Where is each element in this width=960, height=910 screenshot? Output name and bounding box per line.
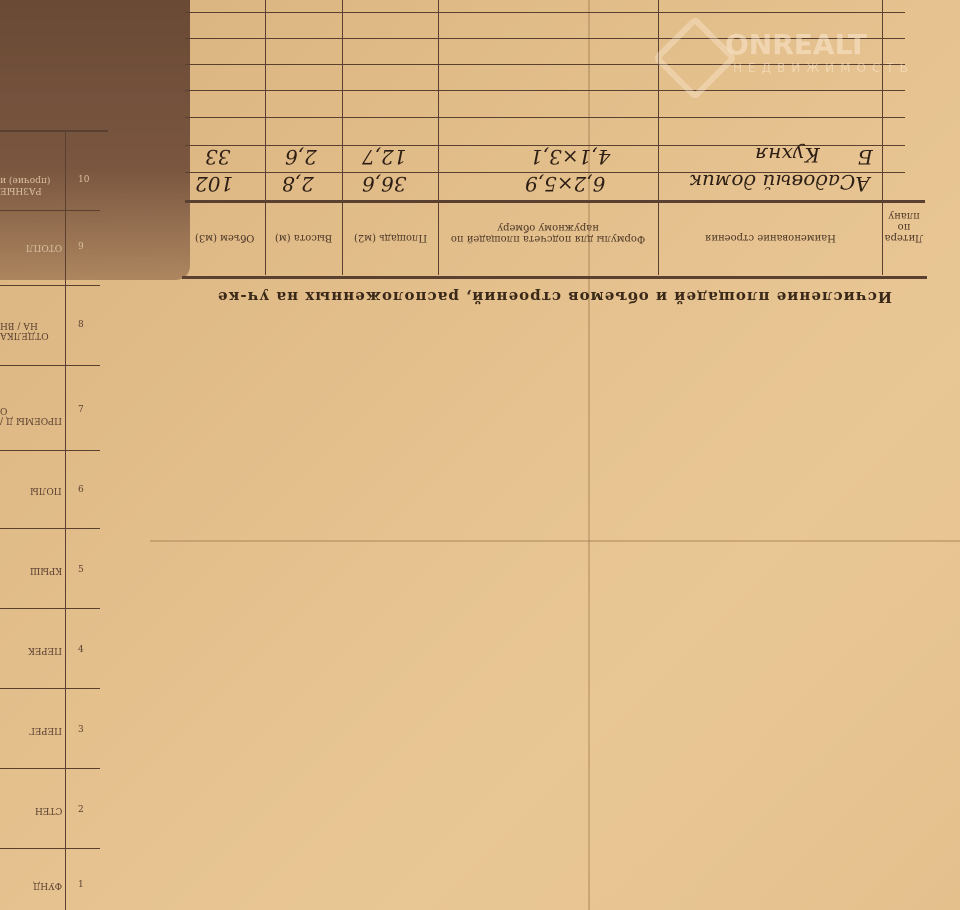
left-row-label: ПРОЕМЫ Д / О bbox=[0, 405, 62, 425]
left-row-label: СТЕН bbox=[35, 805, 62, 815]
row-a-litera: А bbox=[855, 172, 870, 196]
header-litera: Литера по плану bbox=[884, 210, 924, 243]
row-b-formula: 4,1×3,1 bbox=[530, 145, 610, 169]
header-name: Наименование строения bbox=[705, 232, 836, 243]
row-a-area: 36,6 bbox=[362, 172, 407, 196]
left-row-num: 1 bbox=[78, 880, 84, 890]
row-a-formula: 6,2×5,9 bbox=[525, 172, 605, 196]
left-row-label: ОТОПЛ bbox=[26, 242, 62, 252]
left-row-num: 3 bbox=[78, 725, 84, 735]
header-formula: Формулы для подсчета площадей по наружно… bbox=[440, 222, 656, 244]
row-b-height: 2,6 bbox=[285, 145, 317, 169]
left-row-num: 2 bbox=[78, 805, 84, 815]
row-a-height: 2,8 bbox=[282, 172, 314, 196]
left-row-label: ФУНД bbox=[33, 880, 62, 890]
left-row-num: 4 bbox=[78, 645, 84, 655]
row-b-name: Кухня bbox=[755, 143, 820, 167]
header-area: Площадь (м2) bbox=[354, 232, 427, 243]
left-row-num: 9 bbox=[78, 242, 84, 252]
left-row-num: 8 bbox=[78, 320, 84, 330]
row-a-name: Садовый домик bbox=[690, 170, 855, 194]
finger-shadow bbox=[0, 0, 190, 280]
header-height: Высота (м) bbox=[275, 232, 332, 243]
header-volume: Объем (м3) bbox=[195, 232, 254, 243]
left-row-label: ПЕРЕК bbox=[28, 645, 62, 655]
left-row-label: ПЕРЕГ bbox=[29, 725, 62, 735]
left-row-label: КРЫШ bbox=[30, 565, 62, 575]
row-b-area: 12,7 bbox=[362, 145, 407, 169]
row-b-litera: Б bbox=[858, 145, 873, 169]
paper-fold-vertical bbox=[588, 0, 590, 910]
row-a-volume: 102 bbox=[195, 172, 233, 196]
left-row-label: ОТДЕЛКА НА / ВН bbox=[0, 320, 62, 340]
paper-fold-horizontal bbox=[150, 540, 960, 542]
left-row-num: 6 bbox=[78, 485, 84, 495]
row-b-volume: 33 bbox=[205, 145, 230, 169]
left-row-num: 10 bbox=[78, 175, 89, 185]
left-row-num: 7 bbox=[78, 405, 84, 415]
left-row-label: РАЗНЫЕ (прочие) и bbox=[0, 175, 62, 195]
watermark: ONREALT НЕДВИЖИМОСТЬ bbox=[665, 28, 914, 75]
watermark-brand: ONREALT bbox=[725, 28, 867, 61]
page-title: Исчисление площадей и объемов строений, … bbox=[217, 288, 892, 306]
watermark-tagline: НЕДВИЖИМОСТЬ bbox=[733, 61, 914, 75]
left-row-label: ПОЛЫ bbox=[30, 485, 62, 495]
left-row-num: 5 bbox=[78, 565, 84, 575]
